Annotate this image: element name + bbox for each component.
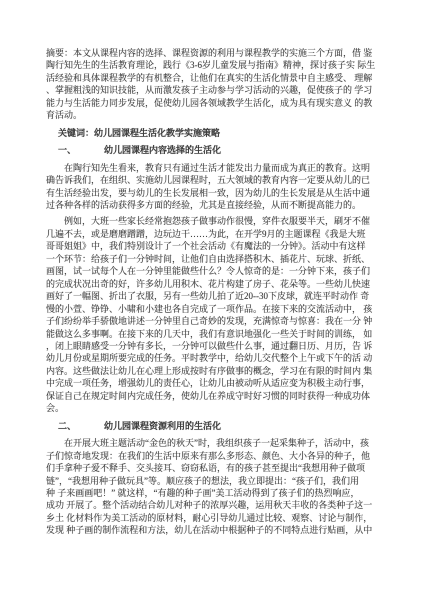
document-page: 摘要：本文从课程内容的选择、课程资源的利用与课程教学的实施三个方面，借 鉴 陶行… [0, 0, 424, 600]
section-1-number: 一、 [58, 144, 76, 156]
section-1-title: 幼儿园课程内容选择的生活化 [104, 145, 221, 155]
keywords-line: 关键词：幼儿园课程生活化教学实施策略 [58, 127, 392, 139]
body-paragraph-3: 在开展大班主题活动“金色的秋天”时，我组织孩子一起采集种子，活动中，孩 子们惊奇… [46, 437, 392, 537]
document-body: 摘要：本文从课程内容的选择、课程资源的利用与课程教学的实施三个方面，借 鉴 陶行… [46, 47, 392, 541]
section-heading-2: 二、幼儿园课程资源利用的生活化 [58, 420, 392, 432]
section-2-number: 二、 [58, 420, 76, 432]
abstract-paragraph: 摘要：本文从课程内容的选择、课程资源的利用与课程教学的实施三个方面，借 鉴 陶行… [46, 47, 392, 122]
section-heading-1: 一、幼儿园课程内容选择的生活化 [58, 144, 392, 156]
body-paragraph-1: 在陶行知先生看来，教育只有通过生活才能发出力量而成为真正的教育。这明 确告诉我们… [46, 162, 392, 212]
section-2-title: 幼儿园课程资源利用的生活化 [104, 421, 221, 431]
body-paragraph-2: 例如，大班一些家长经常抱怨孩子做事动作很慢，穿件衣服要半天，刷牙不催 几遍不去，… [46, 215, 392, 414]
